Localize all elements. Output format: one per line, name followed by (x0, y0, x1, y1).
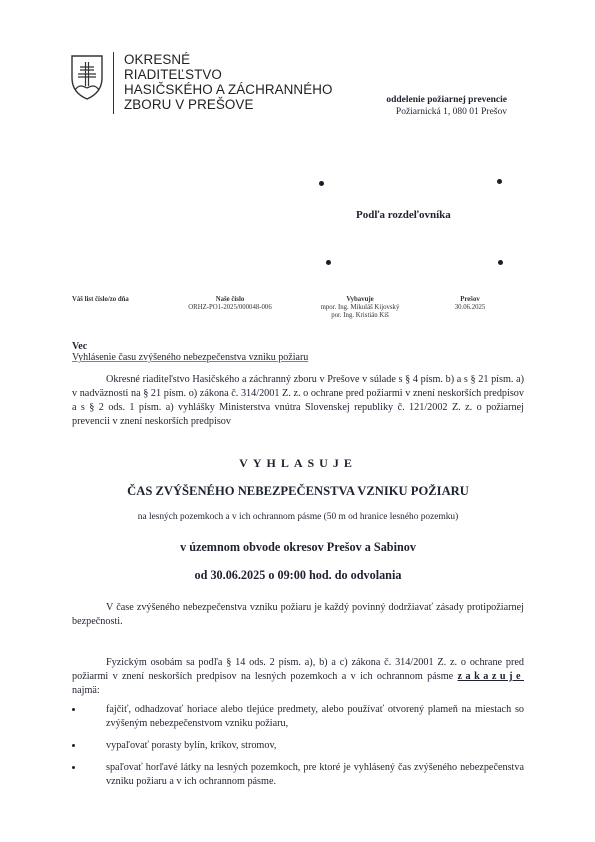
department-address: Požiarnická 1, 080 01 Prešov (386, 107, 507, 119)
corner-mark (497, 179, 502, 184)
recipient: Podľa rozdeľovníka (356, 209, 451, 221)
paragraph-1: V čase zvýšeného nebezpečenstva vzniku p… (72, 601, 524, 629)
declaration-area: v územnom obvode okresov Prešov a Sabino… (60, 540, 536, 555)
org-line: HASIČSKÉHO A ZÁCHRANNÉHO (124, 82, 333, 97)
org-line: ZBORU V PREŠOVE (124, 97, 333, 112)
header-divider (113, 52, 114, 114)
list-item: fajčiť, odhadzovať horiace alebo tlejúce… (72, 703, 524, 731)
org-line: OKRESNÉ (124, 52, 333, 67)
list-item: vypaľovať porasty bylín, kríkov, stromov… (72, 739, 524, 753)
subject-text: Vyhlásenie času zvýšeného nebezpečenstva… (72, 352, 308, 363)
declaration-period: od 30.06.2025 o 09:00 hod. do odvolania (60, 568, 536, 583)
bullet-icon (72, 766, 75, 769)
declaration-verb: VYHLASUJE (60, 456, 536, 471)
meta-our-number: Naše číslo ORHZ-PO1-2025/000048-006 (160, 296, 300, 312)
organization-name: OKRESNÉ RIADITEĽSTVO HASIČSKÉHO A ZÁCHRA… (124, 52, 333, 112)
corner-mark (498, 260, 503, 265)
bullet-icon (72, 744, 75, 747)
meta-your-letter: Váš list číslo/zo dňa (72, 296, 129, 304)
declaration-title: ČAS ZVÝŠENÉHO NEBEZPEČENSTVA VZNIKU POŽI… (60, 484, 536, 499)
subject-label: Vec (72, 341, 87, 352)
meta-handled-by: Vybavuje mpor. Ing. Mikuláš Kijovský por… (300, 296, 420, 320)
declaration-scope: na lesných pozemkoch a v ich ochrannom p… (60, 512, 536, 522)
department-name: oddelenie požiarnej prevencie (386, 95, 507, 107)
org-line: RIADITEĽSTVO (124, 67, 333, 82)
intro-paragraph: Okresné riaditeľstvo Hasičského a záchra… (72, 373, 524, 429)
coat-of-arms-icon (70, 54, 104, 100)
list-item: spaľovať horľavé látky na lesných pozemk… (72, 761, 524, 789)
bullet-icon (72, 708, 75, 711)
corner-mark (319, 181, 324, 186)
corner-mark (326, 260, 331, 265)
department-block: oddelenie požiarnej prevencie Požiarnick… (386, 95, 507, 118)
meta-date: Prešov 30.06.2025 (430, 296, 510, 312)
paragraph-2: Fyzickým osobám sa podľa § 14 ods. 2 pís… (72, 656, 524, 698)
emphasis-prohibits: zakazuje (458, 671, 524, 682)
